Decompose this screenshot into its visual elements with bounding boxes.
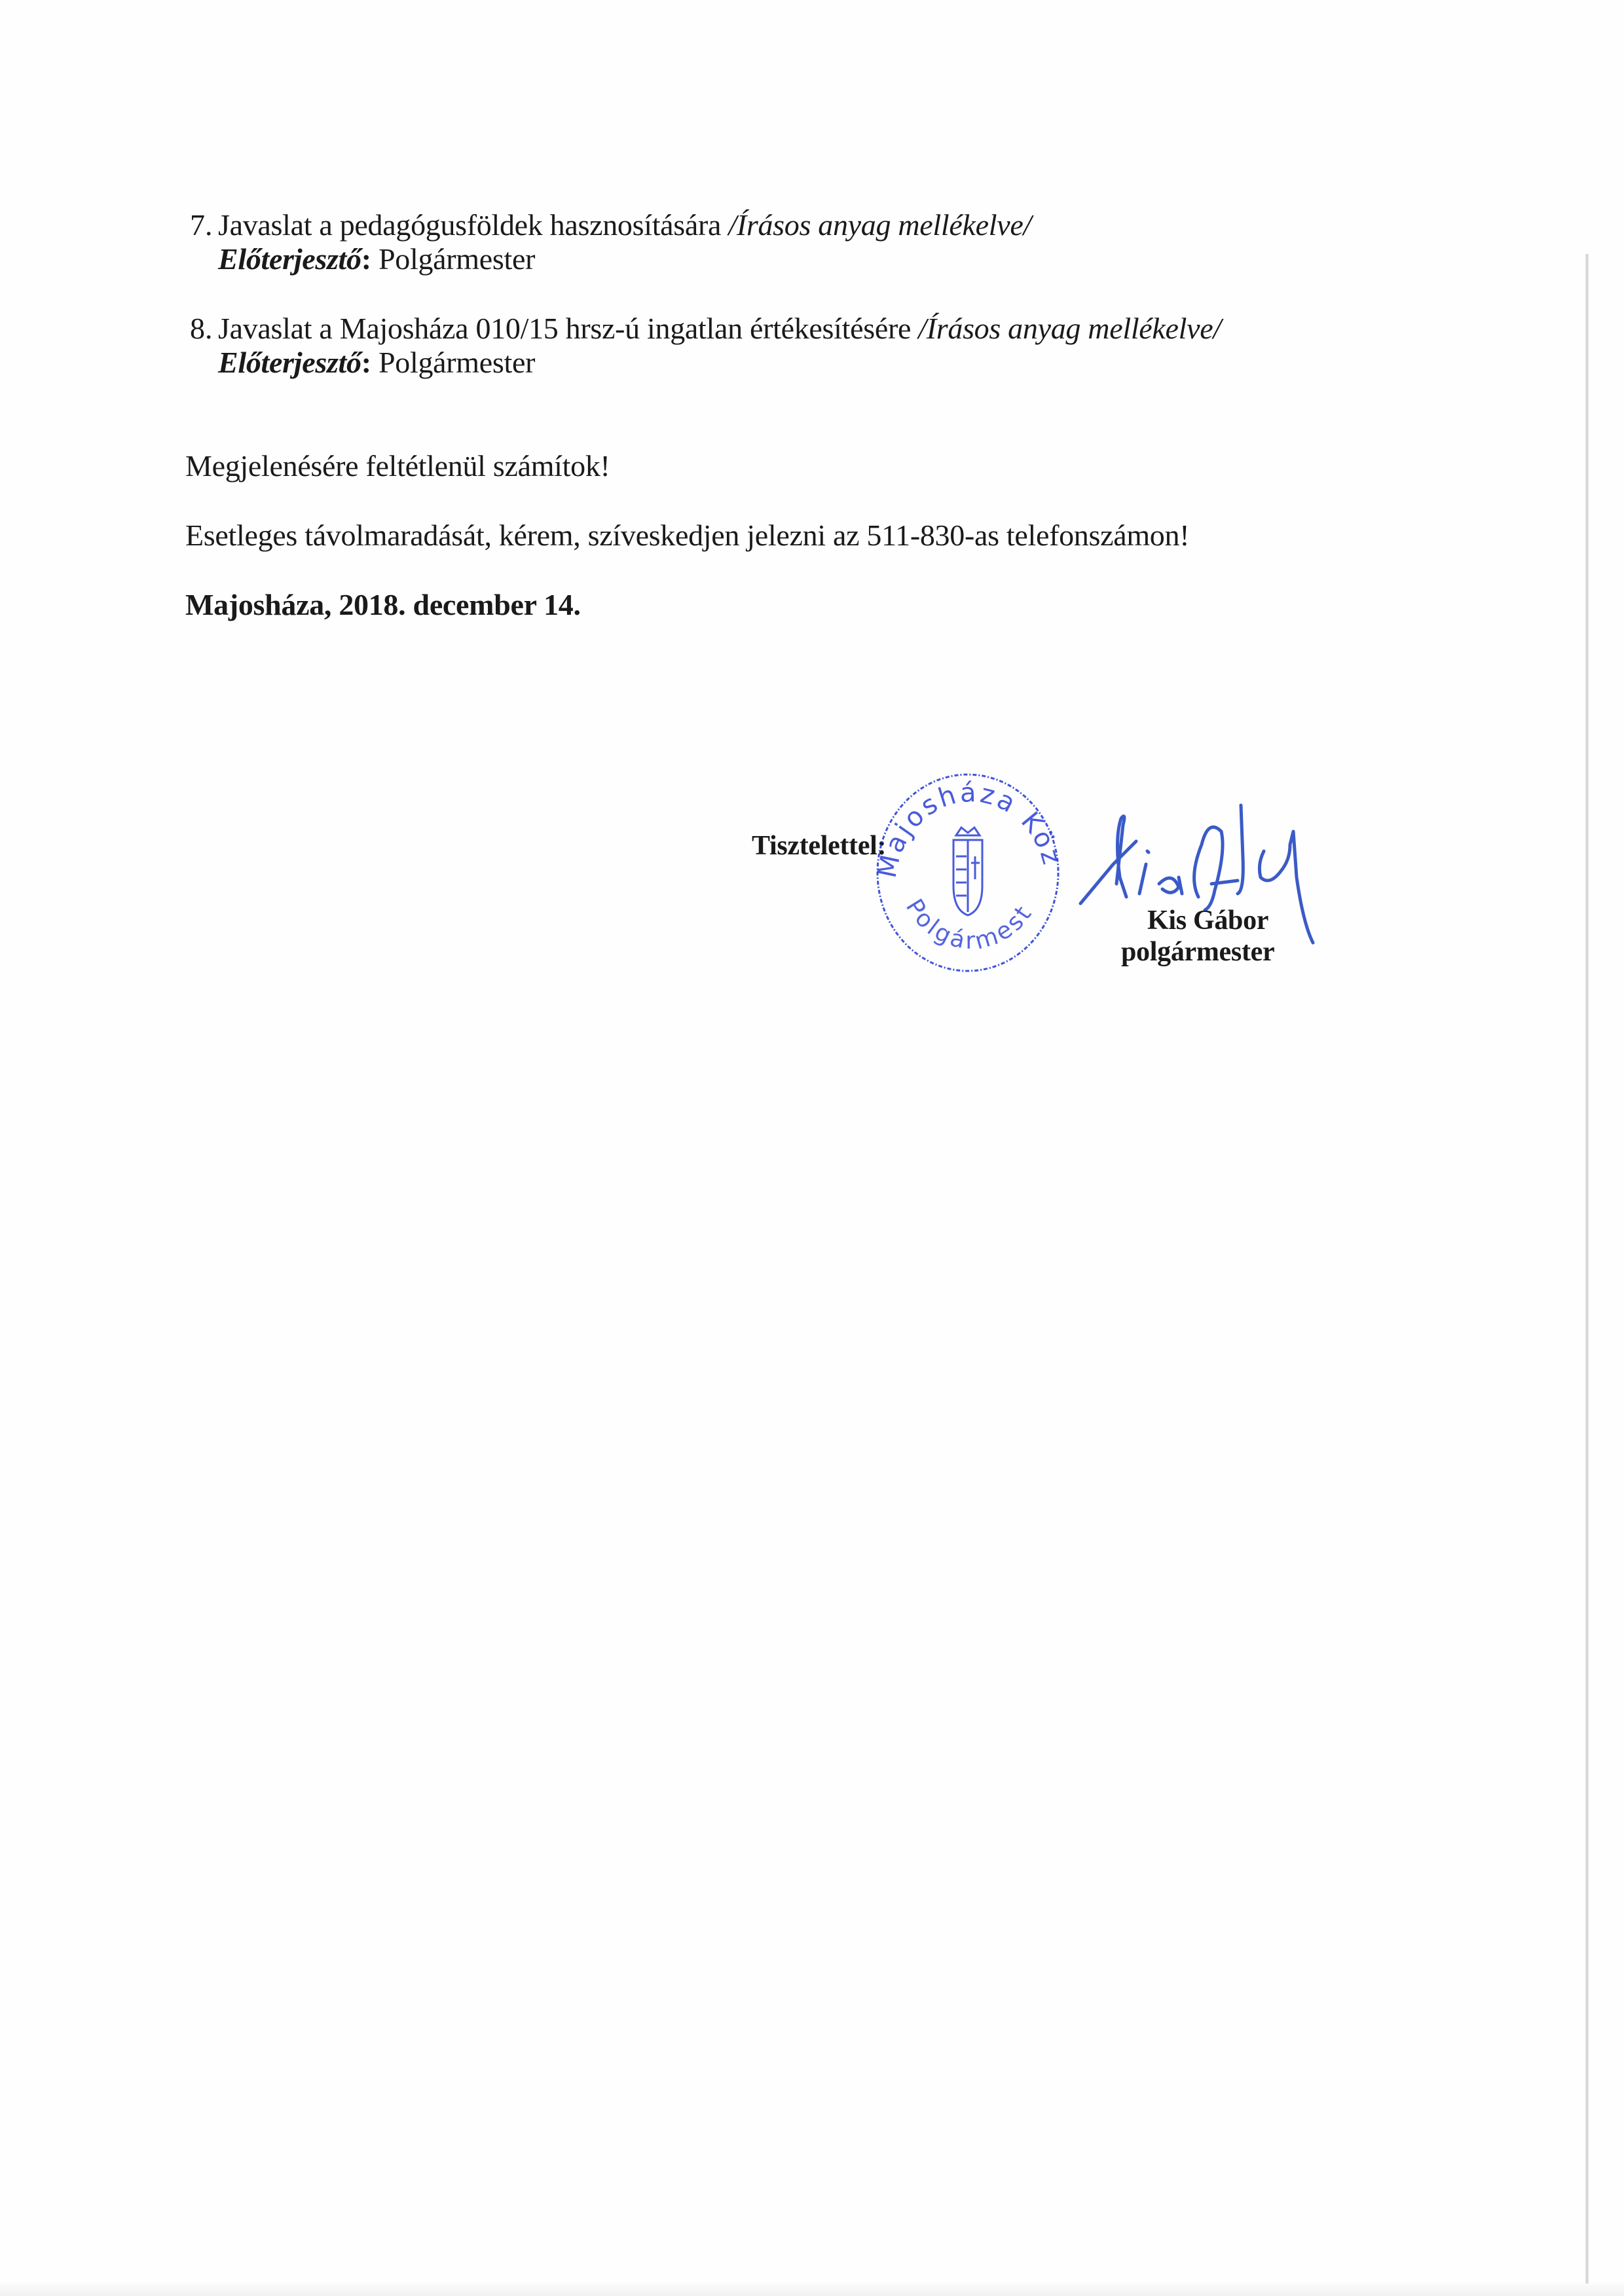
place-date: Majosháza, 2018. december 14. [185,588,581,622]
scan-edge-line [1585,254,1589,2284]
attachment-note: /Írásos anyag mellékelve/ [918,312,1221,345]
closing-greeting: Tisztelettel: [752,829,886,863]
presenter-line: Előterjesztő: Polgármester [218,242,535,276]
presenter-label: Előterjesztő [218,242,361,276]
presenter-name: Polgármester [378,242,535,276]
agenda-item-number: 7. [190,208,213,242]
presenter-colon: : [361,346,371,379]
agenda-item-title-line: Javaslat a Majosháza 010/15 hrsz-ú ingat… [218,312,1221,346]
attendance-request: Megjelenésére feltétlenül számítok! [185,449,610,483]
absence-notice: Esetleges távolmaradását, kérem, szívesk… [185,519,1189,553]
signatory-title: polgármester [1121,935,1274,969]
municipal-seal-icon: Majosháza Község Polgármestere [870,765,1066,981]
official-stamp: Majosháza Község Polgármestere [870,765,1066,981]
agenda-item-number: 8. [190,312,213,346]
scan-bottom-edge [0,2284,1624,2296]
agenda-item-title: Javaslat a Majosháza 010/15 hrsz-ú ingat… [218,312,911,345]
presenter-colon: : [361,242,371,276]
presenter-name: Polgármester [378,346,535,379]
agenda-item-title-line: Javaslat a pedagógusföldek hasznosításár… [218,208,1031,242]
document-page: 7. Javaslat a pedagógusföldek hasznosítá… [0,0,1624,2296]
presenter-label: Előterjesztő [218,346,361,379]
presenter-line: Előterjesztő: Polgármester [218,346,535,380]
attachment-note: /Írásos anyag mellékelve/ [728,208,1031,242]
signatory-name: Kis Gábor [1147,903,1268,938]
agenda-item-title: Javaslat a pedagógusföldek hasznosításár… [218,208,721,242]
